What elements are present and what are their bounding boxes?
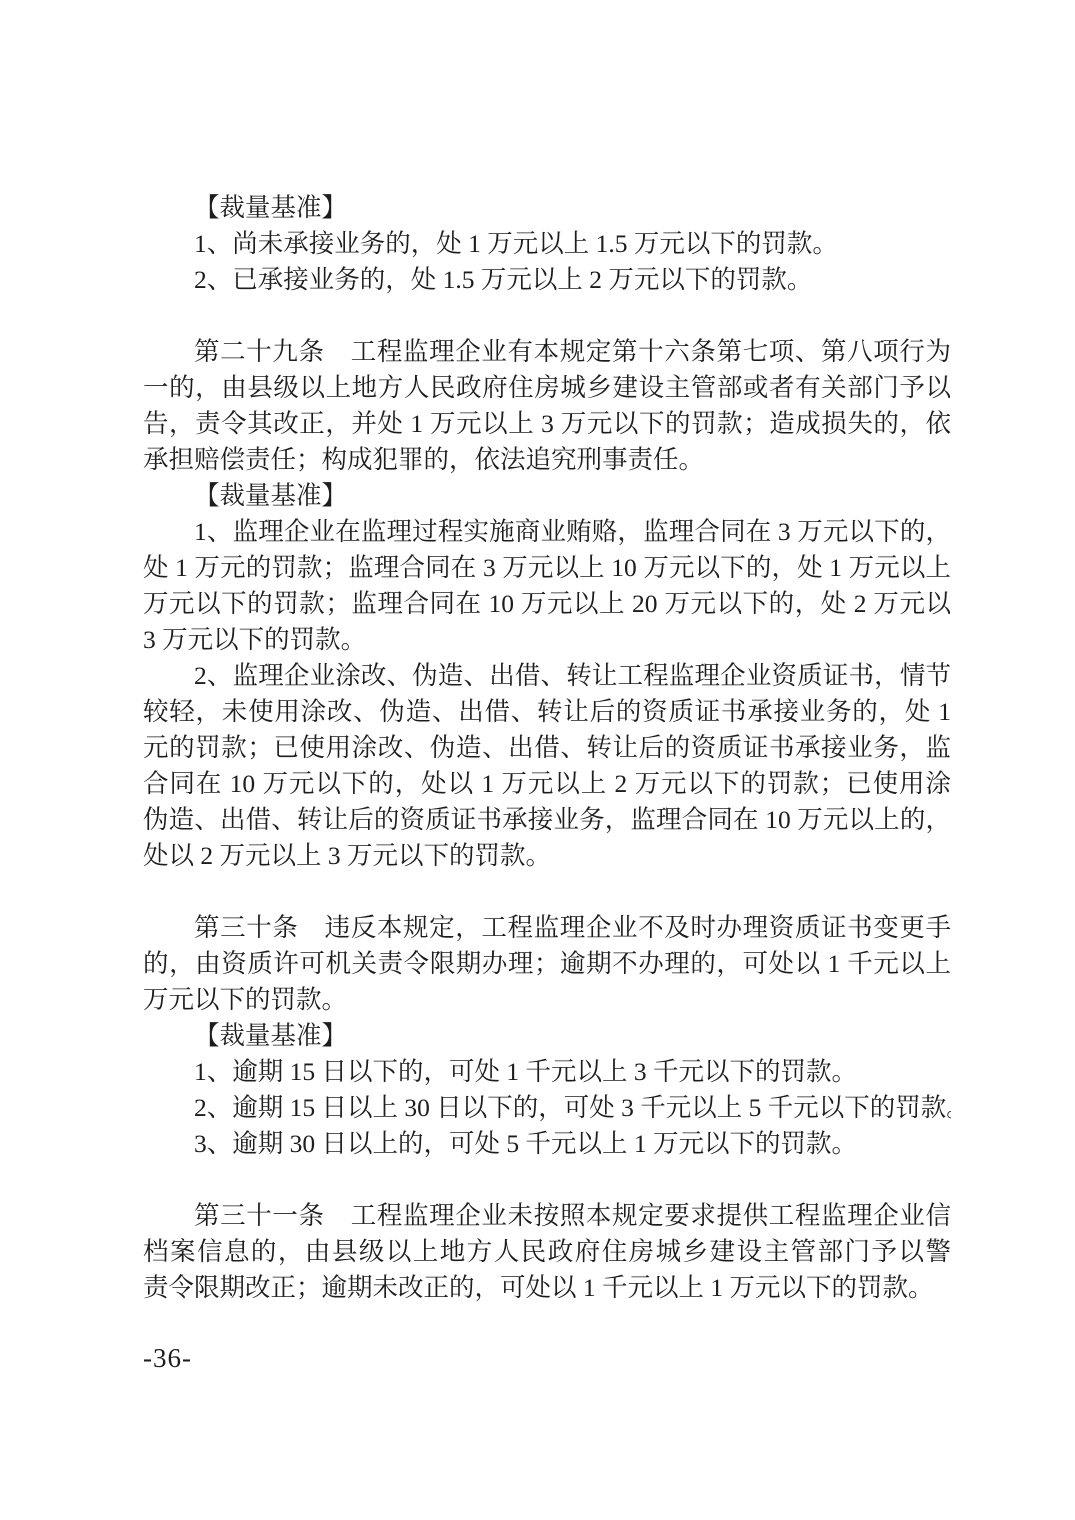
benchmark-item: 2、监理企业涂改、伪造、出借、转让工程监理企业资质证书，情节较轻，未使用涂改、伪… (143, 658, 951, 874)
benchmark-item: 1、尚未承接业务的，处 1 万元以上 1.5 万元以下的罚款。 (143, 226, 951, 262)
benchmark-item: 3、逾期 30 日以上的，可处 5 千元以上 1 万元以下的罚款。 (143, 1126, 951, 1162)
text-line: 2、逾期 15 日以上 30 日以下的，可处 3 千元以上 5 千元以下的罚款。 (143, 1090, 951, 1126)
text-line: 1、逾期 15 日以下的，可处 1 千元以上 3 千元以下的罚款。 (143, 1054, 951, 1090)
text-line: 【裁量基准】 (143, 478, 951, 514)
benchmark-item: 2、逾期 15 日以上 30 日以下的，可处 3 千元以上 5 千元以下的罚款。 (143, 1090, 951, 1126)
text-line: 合同在 10 万元以下的，处以 1 万元以上 2 万元以下的罚款；已使用涂改、 (143, 766, 951, 802)
article-paragraph: 第二十九条 工程监理企业有本规定第十六条第七项、第八项行为之一的，由县级以上地方… (143, 334, 951, 478)
benchmark-heading: 【裁量基准】 (143, 190, 951, 226)
benchmark-item: 1、监理企业在监理过程实施商业贿赂，监理合同在 3 万元以下的，处 1 万元的罚… (143, 514, 951, 658)
text-line: 【裁量基准】 (143, 190, 951, 226)
document-section: 第三十条 违反本规定，工程监理企业不及时办理资质证书变更手续的，由资质许可机关责… (143, 910, 951, 1162)
text-line: 档案信息的，由县级以上地方人民政府住房城乡建设主管部门予以警告， (143, 1234, 951, 1270)
document-body: 【裁量基准】1、尚未承接业务的，处 1 万元以上 1.5 万元以下的罚款。2、已… (143, 190, 951, 1306)
document-page: 【裁量基准】1、尚未承接业务的，处 1 万元以上 1.5 万元以下的罚款。2、已… (0, 0, 1075, 1520)
document-section: 【裁量基准】1、尚未承接业务的，处 1 万元以上 1.5 万元以下的罚款。2、已… (143, 190, 951, 298)
text-line: 较轻，未使用涂改、伪造、出借、转让后的资质证书承接业务的，处 1 万 (143, 694, 951, 730)
text-line: 第二十九条 工程监理企业有本规定第十六条第七项、第八项行为之 (143, 334, 951, 370)
article-paragraph: 第三十条 违反本规定，工程监理企业不及时办理资质证书变更手续的，由资质许可机关责… (143, 910, 951, 1018)
text-line: 万元以下的罚款；监理合同在 10 万元以上 20 万元以下的，处 2 万元以上 (143, 586, 951, 622)
text-line: 【裁量基准】 (143, 1018, 951, 1054)
text-line: 第三十一条 工程监理企业未按照本规定要求提供工程监理企业信用 (143, 1198, 951, 1234)
text-line: 3 万元以下的罚款。 (143, 622, 951, 658)
text-line: 元的罚款；已使用涂改、伪造、出借、转让后的资质证书承接业务，监理 (143, 730, 951, 766)
text-line: 万元以下的罚款。 (143, 982, 951, 1018)
page-number: -36- (143, 1340, 192, 1376)
text-line: 告，责令其改正，并处 1 万元以上 3 万元以下的罚款；造成损失的，依法 (143, 406, 951, 442)
text-line: 3、逾期 30 日以上的，可处 5 千元以上 1 万元以下的罚款。 (143, 1126, 951, 1162)
text-line: 2、监理企业涂改、伪造、出借、转让工程监理企业资质证书，情节 (143, 658, 951, 694)
text-line: 1、监理企业在监理过程实施商业贿赂，监理合同在 3 万元以下的， (143, 514, 951, 550)
benchmark-heading: 【裁量基准】 (143, 478, 951, 514)
text-line: 伪造、出借、转让后的资质证书承接业务，监理合同在 10 万元以上的， (143, 802, 951, 838)
document-section: 第三十一条 工程监理企业未按照本规定要求提供工程监理企业信用档案信息的，由县级以… (143, 1198, 951, 1306)
text-line: 承担赔偿责任；构成犯罪的，依法追究刑事责任。 (143, 442, 951, 478)
benchmark-heading: 【裁量基准】 (143, 1018, 951, 1054)
benchmark-item: 2、已承接业务的，处 1.5 万元以上 2 万元以下的罚款。 (143, 262, 951, 298)
text-line: 处以 2 万元以上 3 万元以下的罚款。 (143, 838, 951, 874)
text-line: 责令限期改正；逾期未改正的，可处以 1 千元以上 1 万元以下的罚款。 (143, 1270, 951, 1306)
benchmark-item: 1、逾期 15 日以下的，可处 1 千元以上 3 千元以下的罚款。 (143, 1054, 951, 1090)
text-line: 的，由资质许可机关责令限期办理；逾期不办理的，可处以 1 千元以上 1 (143, 946, 951, 982)
document-section: 第二十九条 工程监理企业有本规定第十六条第七项、第八项行为之一的，由县级以上地方… (143, 334, 951, 874)
text-line: 2、已承接业务的，处 1.5 万元以上 2 万元以下的罚款。 (143, 262, 951, 298)
article-paragraph: 第三十一条 工程监理企业未按照本规定要求提供工程监理企业信用档案信息的，由县级以… (143, 1198, 951, 1306)
text-line: 第三十条 违反本规定，工程监理企业不及时办理资质证书变更手续 (143, 910, 951, 946)
text-line: 一的，由县级以上地方人民政府住房城乡建设主管部或者有关部门予以警 (143, 370, 951, 406)
text-line: 1、尚未承接业务的，处 1 万元以上 1.5 万元以下的罚款。 (143, 226, 951, 262)
text-line: 处 1 万元的罚款；监理合同在 3 万元以上 10 万元以下的，处 1 万元以上… (143, 550, 951, 586)
